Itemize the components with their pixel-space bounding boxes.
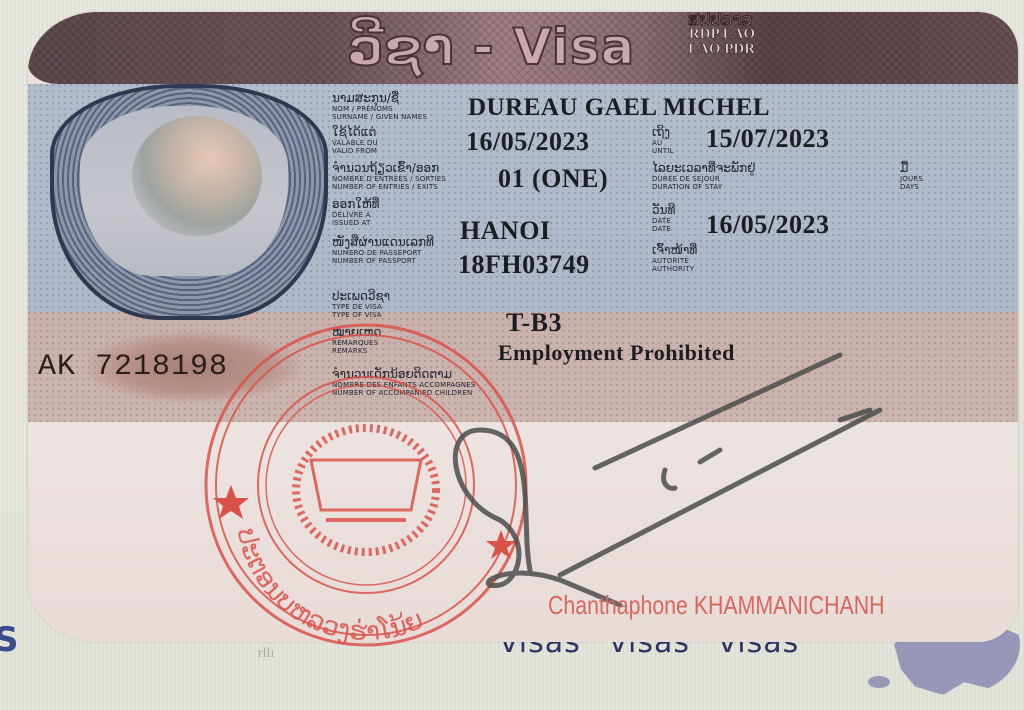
label-issued-at: ອອກໃຫ້ທີ່ DÉLIVRÉ À ISSUED AT (332, 198, 380, 227)
value-passport: 18FH03749 (458, 250, 590, 280)
country-fr: RDP LAO (688, 27, 755, 42)
country-en: LAO PDR (688, 42, 755, 57)
value-name: DUREAU GAEL MICHEL (468, 94, 770, 122)
label-entries: ຈຳນວນຖ້ຽວເຂົ້າ/ອອກ NOMBRE D'ENTREES / SO… (332, 162, 446, 191)
label-days-unit: ມື້ JOURS DAYS (900, 162, 923, 191)
label-name: ນາມສະກຸນ/ຊື່ NOM / PRÉNOMS SURNAME / GIV… (332, 92, 427, 121)
visa-title: ວີຊາ - Visa (348, 18, 635, 76)
national-emblem-hologram-icon (132, 116, 262, 236)
label-until: ເຖິງ AU UNTIL (652, 126, 674, 155)
label-passport: ໜັງສືຜ່ານແດນເລກທີ NUMERO DE PASSEPORT NU… (332, 236, 434, 265)
country-lao: ສປປລາວ (688, 12, 755, 27)
signatory-name: Chanthaphone KHAMMANICHANH (548, 590, 885, 621)
issuing-country: ສປປລາວ RDP LAO LAO PDR (688, 12, 755, 57)
value-date: 16/05/2023 (706, 210, 829, 240)
title-separator: - (473, 18, 495, 76)
map-print-island (868, 676, 890, 688)
label-date: ວັນທີ DATE DATE (652, 204, 675, 233)
label-duration: ໄລຍະເວລາທີ່ຈະພັກຢູ່ DUREE DE SEJOUR DURA… (652, 162, 755, 191)
value-valid-from: 16/05/2023 (466, 127, 589, 157)
value-issued-at: HANOI (460, 216, 551, 246)
value-entries: 01 (ONE) (498, 164, 608, 194)
page-edge-mark: S (0, 620, 14, 660)
hologram-emblem (42, 84, 332, 324)
value-until: 15/07/2023 (706, 124, 829, 154)
title-en: Visa (513, 18, 635, 76)
label-valid-from: ໃຊ້ໄດ້ແຕ່ VALABLE DU VALID FROM (332, 126, 378, 155)
official-seal-stamp: ປະຕອນບຫລວງຮ່າໂນ້ຍ (186, 310, 546, 650)
label-authority: ເຈົ້າໜ້າທີ່ AUTORITÉ AUTHORITY (652, 244, 697, 273)
title-lao: ວີຊາ (348, 18, 454, 76)
